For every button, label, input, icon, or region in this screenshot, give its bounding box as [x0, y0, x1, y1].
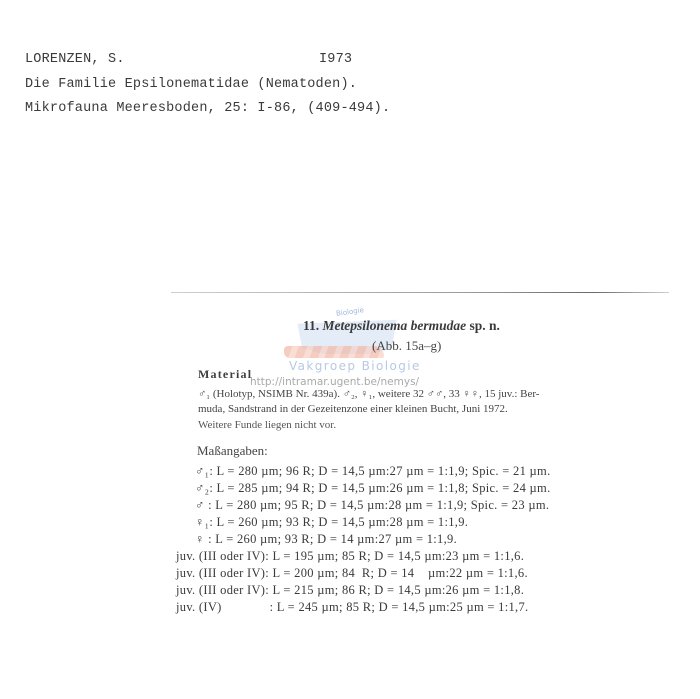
heading-suffix: sp. n.: [470, 318, 500, 333]
material-line: Weitere Funde liegen nicht vor.: [198, 418, 336, 432]
species-heading: 11. Metepsilonema bermudae sp. n.: [303, 319, 500, 333]
heading-number: 11.: [303, 318, 319, 333]
measurement-row: juv. (III oder IV): L = 215 µm; 86 R; D …: [176, 583, 524, 597]
measurement-row: ♂ : L = 280 µm; 95 R; D = 14,5 µm:28 µm …: [195, 498, 549, 512]
measurement-row: ♂₁: L = 280 µm; 96 R; D = 14,5 µm:27 µm …: [195, 464, 551, 478]
measurement-row: juv. (III oder IV): L = 200 µm; 84 R; D …: [176, 566, 528, 580]
material-line: muda, Sandstrand in der Gezeitenzone ein…: [198, 402, 508, 416]
article-scan: Biologie Vakgroep Biologie http://intram…: [0, 0, 700, 699]
watermark-arc-text: Biologie: [336, 306, 365, 318]
measurements-label: Maßangaben:: [197, 444, 268, 458]
watermark-wave-icon: [284, 346, 384, 358]
measurement-row: ♂₂: L = 285 µm; 94 R; D = 14,5 µm:26 µm …: [195, 481, 551, 495]
measurement-row: ♀₁: L = 260 µm; 93 R; D = 14,5 µm:28 µm …: [195, 515, 468, 529]
measurement-row: juv. (IV) : L = 245 µm; 85 R; D = 14,5 µ…: [176, 600, 528, 614]
material-label: Material: [198, 367, 252, 381]
watermark-name: Vakgroep Biologie: [289, 359, 421, 373]
heading-species: Metepsilonema bermudae: [323, 318, 467, 333]
measurement-row: ♀ : L = 260 µm; 93 R; D = 14 µm:27 µm = …: [195, 532, 457, 546]
figure-reference: (Abb. 15a–g): [372, 339, 441, 353]
measurement-row: juv. (III oder IV): L = 195 µm; 85 R; D …: [176, 549, 524, 563]
material-line: ♂₁ (Holotyp, NSIMB Nr. 439a). ♂₂, ♀₁, we…: [198, 387, 539, 401]
